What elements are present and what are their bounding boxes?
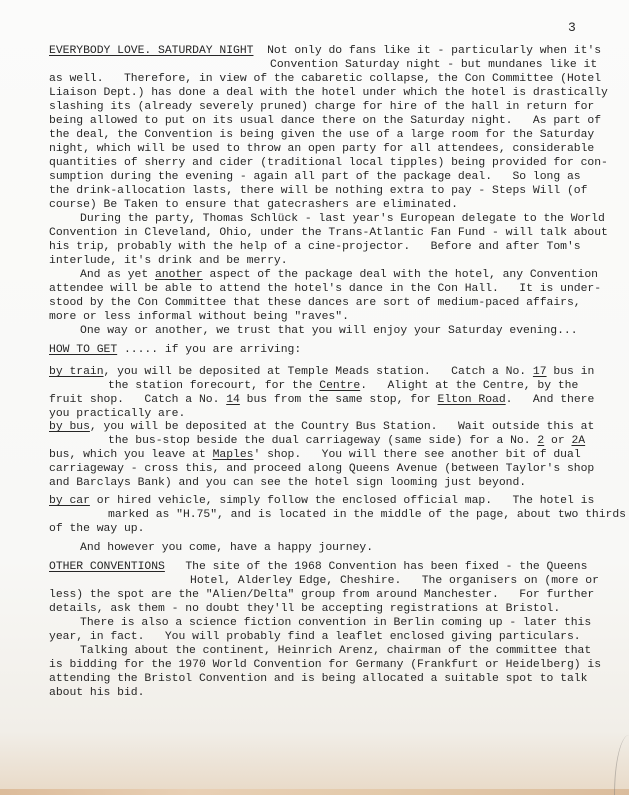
label-by-bus: by bus bbox=[49, 421, 90, 433]
paper-edge bbox=[0, 789, 629, 795]
other-line-7: Talking about the continent, Heinrich Ar… bbox=[80, 644, 591, 658]
saturday-line-9: quantities of sherry and cider (traditio… bbox=[49, 156, 608, 170]
other-line-1: OTHER CONVENTIONS The site of the 1968 C… bbox=[49, 560, 587, 574]
saturday-line-20: more or less informal without being "rav… bbox=[49, 310, 349, 324]
car-line-1: by car or hired vehicle, simply follow t… bbox=[49, 494, 594, 508]
section-heading-how-to-get: HOW TO GET bbox=[49, 344, 117, 356]
bus-line-2: the bus-stop beside the dual carriageway… bbox=[108, 434, 585, 448]
document-page: 3 EVERYBODY LOVE. SATURDAY NIGHT Not onl… bbox=[0, 0, 629, 795]
saturday-closing: One way or another, we trust that you wi… bbox=[80, 324, 578, 338]
saturday-line-11: the drink-allocation lasts, there will b… bbox=[49, 184, 587, 198]
car-line-3: of the way up. bbox=[49, 522, 144, 536]
other-line-8: is bidding for the 1970 World Convention… bbox=[49, 658, 601, 672]
how-to-get-heading-line: HOW TO GET ..... if you are arriving: bbox=[49, 343, 301, 357]
bus-line-5: and Barclays Bank) and you can see the h… bbox=[49, 476, 526, 490]
saturday-line-2: Convention Saturday night - but mundanes… bbox=[270, 58, 597, 72]
saturday-line-4: Liaison Dept.) has done a deal with the … bbox=[49, 86, 608, 100]
train-line-2: the station forecourt, for the Centre. A… bbox=[108, 379, 578, 393]
other-line-2: Hotel, Alderley Edge, Cheshire. The orga… bbox=[190, 574, 599, 588]
train-line-1: by train, you will be deposited at Templ… bbox=[49, 365, 594, 379]
train-line-3: fruit shop. Catch a No. 14 bus from the … bbox=[49, 393, 594, 407]
label-by-train: by train bbox=[49, 366, 104, 378]
saturday-line-5: slashing its (already severely pruned) c… bbox=[49, 100, 594, 114]
saturday-line-13: During the party, Thomas Schlück - last … bbox=[80, 212, 605, 226]
other-line-9: attending the Bristol Convention and is … bbox=[49, 672, 587, 686]
section-heading-saturday: EVERYBODY LOVE. SATURDAY NIGHT bbox=[49, 45, 253, 57]
other-line-4: details, ask them - no doubt they'll be … bbox=[49, 602, 560, 616]
other-line-5: There is also a science fiction conventi… bbox=[80, 616, 591, 630]
saturday-line-16: interlude, it's drink and be merry. bbox=[49, 254, 288, 268]
label-by-car: by car bbox=[49, 495, 90, 507]
other-line-3: less) the spot are the "Alien/Delta" gro… bbox=[49, 588, 594, 602]
bus-line-3: bus, which you leave at Maples' shop. Yo… bbox=[49, 448, 581, 462]
other-line-10: about his bid. bbox=[49, 686, 144, 700]
saturday-line-10: sumption during the evening - again all … bbox=[49, 170, 581, 184]
page-number: 3 bbox=[568, 20, 576, 35]
farewell: And however you come, have a happy journ… bbox=[80, 541, 373, 555]
saturday-line-12: course) Be Taken to ensure that gatecras… bbox=[49, 198, 458, 212]
saturday-line-14: Convention in Cleveland, Ohio, under the… bbox=[49, 226, 608, 240]
bus-line-1: by bus, you will be deposited at the Cou… bbox=[49, 420, 594, 434]
train-line-4: you practically are. bbox=[49, 407, 185, 421]
saturday-line-6: being allowed to put on its usual dance … bbox=[49, 114, 601, 128]
saturday-line-15: his trip, probably with the help of a ci… bbox=[49, 240, 581, 254]
bus-line-4: carriageway - cross this, and proceed al… bbox=[49, 462, 594, 476]
saturday-line-7: the deal, the Convention is being given … bbox=[49, 128, 594, 142]
saturday-line-8: night, which will be used to throw an op… bbox=[49, 142, 594, 156]
saturday-line-19: stood by the Con Committee that these da… bbox=[49, 296, 581, 310]
saturday-line-1: EVERYBODY LOVE. SATURDAY NIGHT Not only … bbox=[49, 44, 601, 58]
saturday-line-17: And as yet another aspect of the package… bbox=[80, 268, 598, 282]
page-curl bbox=[614, 735, 629, 795]
saturday-line-3: as well. Therefore, in view of the cabar… bbox=[49, 72, 601, 86]
section-heading-other-conventions: OTHER CONVENTIONS bbox=[49, 561, 165, 573]
saturday-line-18: attendee will be able to attend the hote… bbox=[49, 282, 601, 296]
car-line-2: marked as "H.75", and is located in the … bbox=[108, 508, 626, 522]
other-line-6: year, in fact. You will probably find a … bbox=[49, 630, 581, 644]
